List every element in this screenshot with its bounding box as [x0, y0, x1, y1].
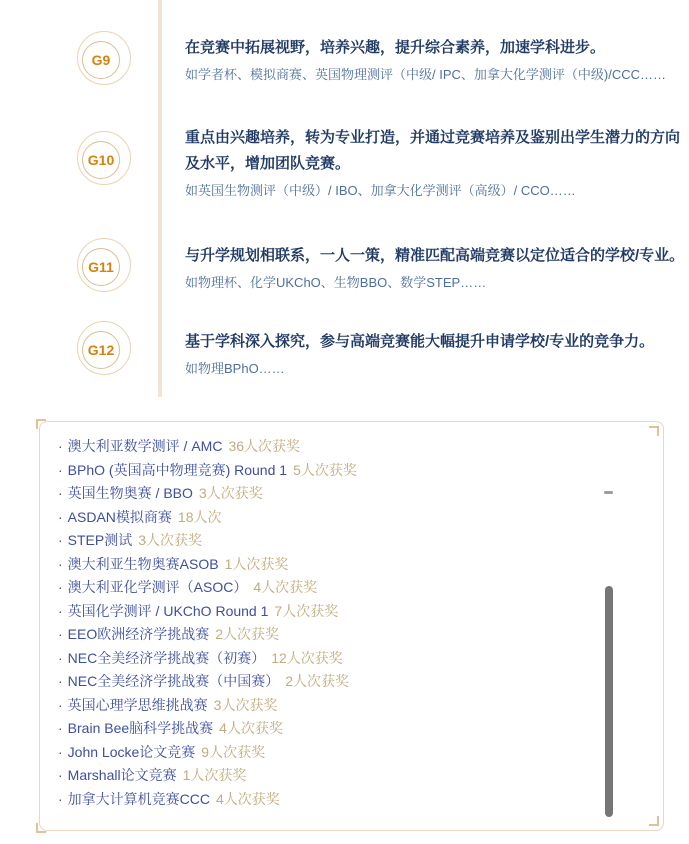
- award-name: John Locke论文竞赛: [68, 744, 196, 760]
- award-count: 3人次获奖: [214, 697, 278, 713]
- badge-label: G12: [82, 331, 120, 369]
- badge-label: G11: [82, 248, 120, 286]
- bullet-dot: ·: [58, 673, 63, 689]
- grade-badge-g10: G10: [77, 131, 131, 185]
- grade-title: 重点由兴趣培养，转为专业打造，并通过竞赛培养及鉴别出学生潜力的方向及水平，增加团…: [185, 125, 689, 177]
- award-name: BPhO (英国高中物理竞赛) Round 1: [68, 462, 287, 478]
- awards-list[interactable]: ·澳大利亚数学测评 / AMC36人次获奖 ·BPhO (英国高中物理竞赛) R…: [58, 435, 593, 822]
- bullet-dot: ·: [58, 744, 63, 760]
- award-count: 12人次获奖: [271, 650, 343, 666]
- bullet-dot: ·: [58, 556, 63, 572]
- scrollbar-thumb[interactable]: [605, 586, 613, 817]
- award-count: 3人次获奖: [199, 485, 263, 501]
- grade-row-g9: 在竞赛中拓展视野，培养兴趣，提升综合素养，加速学科进步。 如学者杯、模拟商赛、英…: [185, 35, 689, 85]
- award-name: 澳大利亚化学测评（ASOC）: [68, 579, 248, 595]
- award-count: 4人次获奖: [216, 791, 280, 807]
- award-count: 2人次获奖: [215, 626, 279, 642]
- award-count: 1人次获奖: [225, 556, 289, 572]
- grade-title: 与升学规划相联系，一人一策，精准匹配高端竞赛以定位适合的学校/专业。: [185, 243, 689, 269]
- grade-title: 在竞赛中拓展视野，培养兴趣，提升综合素养，加速学科进步。: [185, 35, 689, 61]
- grade-examples: 如学者杯、模拟商赛、英国物理测评（中级/ IPC、加拿大化学测评（中级)/CCC…: [185, 65, 689, 85]
- award-count: 7人次获奖: [274, 603, 338, 619]
- award-name: Marshall论文竞赛: [68, 767, 177, 783]
- award-name: 澳大利亚数学测评 / AMC: [68, 438, 223, 454]
- award-list-item: ·NEC全美经济学挑战赛（中国赛）2人次获奖: [58, 670, 593, 694]
- corner-bracket-bottom-left: [36, 823, 46, 833]
- award-list-item: ·澳大利亚生物奥赛ASOB1人次获奖: [58, 553, 593, 577]
- grade-row-g12: 基于学科深入探究，参与高端竞赛能大幅提升申请学校/专业的竞争力。 如物理BPhO…: [185, 329, 689, 379]
- bullet-dot: ·: [58, 438, 63, 454]
- awards-panel: ·澳大利亚数学测评 / AMC36人次获奖 ·BPhO (英国高中物理竞赛) R…: [39, 421, 664, 831]
- award-name: ASDAN模拟商赛: [68, 509, 172, 525]
- bullet-dot: ·: [58, 720, 63, 736]
- corner-bracket-bottom-right: [649, 816, 659, 826]
- award-list-item: ·Marshall论文竞赛1人次获奖: [58, 764, 593, 788]
- award-name: 加拿大计算机竞赛CCC: [68, 791, 210, 807]
- award-list-item: ·澳大利亚化学测评（ASOC）4人次获奖: [58, 576, 593, 600]
- award-count: 18人次: [178, 509, 222, 525]
- bullet-dot: ·: [58, 485, 63, 501]
- grade-badge-g11: G11: [77, 238, 131, 292]
- award-count: 1人次获奖: [183, 767, 247, 783]
- grade-examples: 如物理BPhO……: [185, 359, 689, 379]
- badge-label: G9: [82, 41, 120, 79]
- award-name: 澳大利亚生物奥赛ASOB: [68, 556, 219, 572]
- award-count: 4人次获奖: [219, 720, 283, 736]
- award-list-item: ·英国生物奥赛 / BBO3人次获奖: [58, 482, 593, 506]
- award-count: 9人次获奖: [201, 744, 265, 760]
- award-count: 3人次获奖: [138, 532, 202, 548]
- grade-examples: 如英国生物测评（中级）/ IBO、加拿大化学测评（高级）/ CCO……: [185, 181, 689, 201]
- badge-label: G10: [82, 141, 120, 179]
- scrollbar-dash: [604, 491, 613, 494]
- bullet-dot: ·: [58, 767, 63, 783]
- award-count: 36人次获奖: [228, 438, 300, 454]
- grade-title: 基于学科深入探究，参与高端竞赛能大幅提升申请学校/专业的竞争力。: [185, 329, 689, 355]
- award-list-item: ·STEP测试3人次获奖: [58, 529, 593, 553]
- award-list-item: ·英国心理学思维挑战赛3人次获奖: [58, 694, 593, 718]
- bullet-dot: ·: [58, 697, 63, 713]
- award-list-item: ·NEC全美经济学挑战赛（初赛）12人次获奖: [58, 647, 593, 671]
- corner-bracket-top-left: [36, 419, 46, 429]
- award-count: 4人次获奖: [253, 579, 317, 595]
- award-name: Brain Bee脑科学挑战赛: [68, 720, 213, 736]
- award-name: NEC全美经济学挑战赛（中国赛）: [68, 673, 280, 689]
- award-list-item: ·英国化学测评 / UKChO Round 17人次获奖: [58, 600, 593, 624]
- award-list-item: ·ASDAN模拟商赛18人次: [58, 506, 593, 530]
- award-list-item: ·澳大利亚数学测评 / AMC36人次获奖: [58, 435, 593, 459]
- award-name: NEC全美经济学挑战赛（初赛）: [68, 650, 266, 666]
- grade-row-g10: 重点由兴趣培养，转为专业打造，并通过竞赛培养及鉴别出学生潜力的方向及水平，增加团…: [185, 125, 689, 201]
- bullet-dot: ·: [58, 603, 63, 619]
- award-list-item: ·BPhO (英国高中物理竞赛) Round 15人次获奖: [58, 459, 593, 483]
- grade-badge-g12: G12: [77, 321, 131, 375]
- grade-badge-g9: G9: [77, 31, 131, 85]
- award-list-item: ·Brain Bee脑科学挑战赛4人次获奖: [58, 717, 593, 741]
- award-name: EEO欧洲经济学挑战赛: [68, 626, 210, 642]
- bullet-dot: ·: [58, 579, 63, 595]
- grade-row-g11: 与升学规划相联系，一人一策，精准匹配高端竞赛以定位适合的学校/专业。 如物理杯、…: [185, 243, 689, 293]
- award-name: STEP测试: [68, 532, 133, 548]
- bullet-dot: ·: [58, 791, 63, 807]
- bullet-dot: ·: [58, 650, 63, 666]
- award-name: 英国化学测评 / UKChO Round 1: [68, 603, 269, 619]
- timeline-divider: [158, 0, 162, 397]
- grade-examples: 如物理杯、化学UKChO、生物BBO、数学STEP……: [185, 273, 689, 293]
- bullet-dot: ·: [58, 532, 63, 548]
- award-name: 英国生物奥赛 / BBO: [68, 485, 193, 501]
- award-count: 2人次获奖: [285, 673, 349, 689]
- bullet-dot: ·: [58, 626, 63, 642]
- award-list-item: ·EEO欧洲经济学挑战赛2人次获奖: [58, 623, 593, 647]
- award-count: 5人次获奖: [293, 462, 357, 478]
- award-list-item: ·加拿大计算机竞赛CCC4人次获奖: [58, 788, 593, 812]
- corner-bracket-top-right: [649, 426, 659, 436]
- award-name: 英国心理学思维挑战赛: [68, 697, 208, 713]
- award-list-item: ·John Locke论文竞赛9人次获奖: [58, 741, 593, 765]
- bullet-dot: ·: [58, 462, 63, 478]
- bullet-dot: ·: [58, 509, 63, 525]
